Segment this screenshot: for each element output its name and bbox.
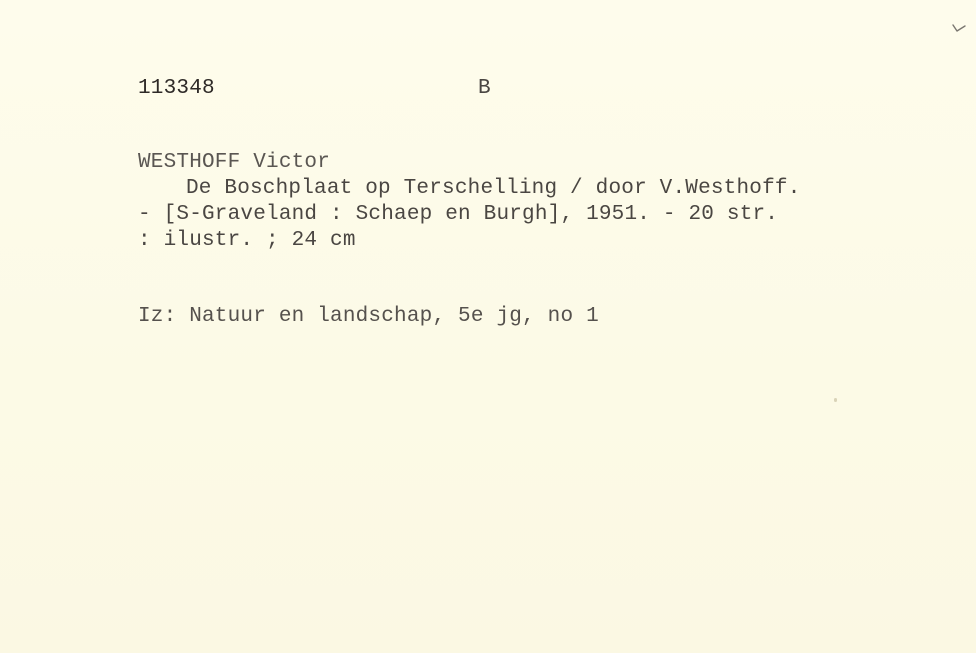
author-heading: WESTHOFF Victor [138, 151, 330, 175]
location-code: B [478, 77, 491, 101]
checkmark-icon [952, 22, 966, 32]
call-number: 113348 [138, 77, 215, 101]
physical-description: : ilustr. ; 24 cm [138, 229, 356, 253]
title-statement: De Boschplaat op Terschelling / door V.W… [186, 177, 801, 201]
series-statement: Iz: Natuur en landschap, 5e jg, no 1 [138, 305, 599, 329]
paper-speck [834, 398, 837, 402]
catalog-card: 113348 B WESTHOFF Victor De Boschplaat o… [0, 0, 976, 653]
publication-statement: - [S-Graveland : Schaep en Burgh], 1951.… [138, 203, 778, 227]
